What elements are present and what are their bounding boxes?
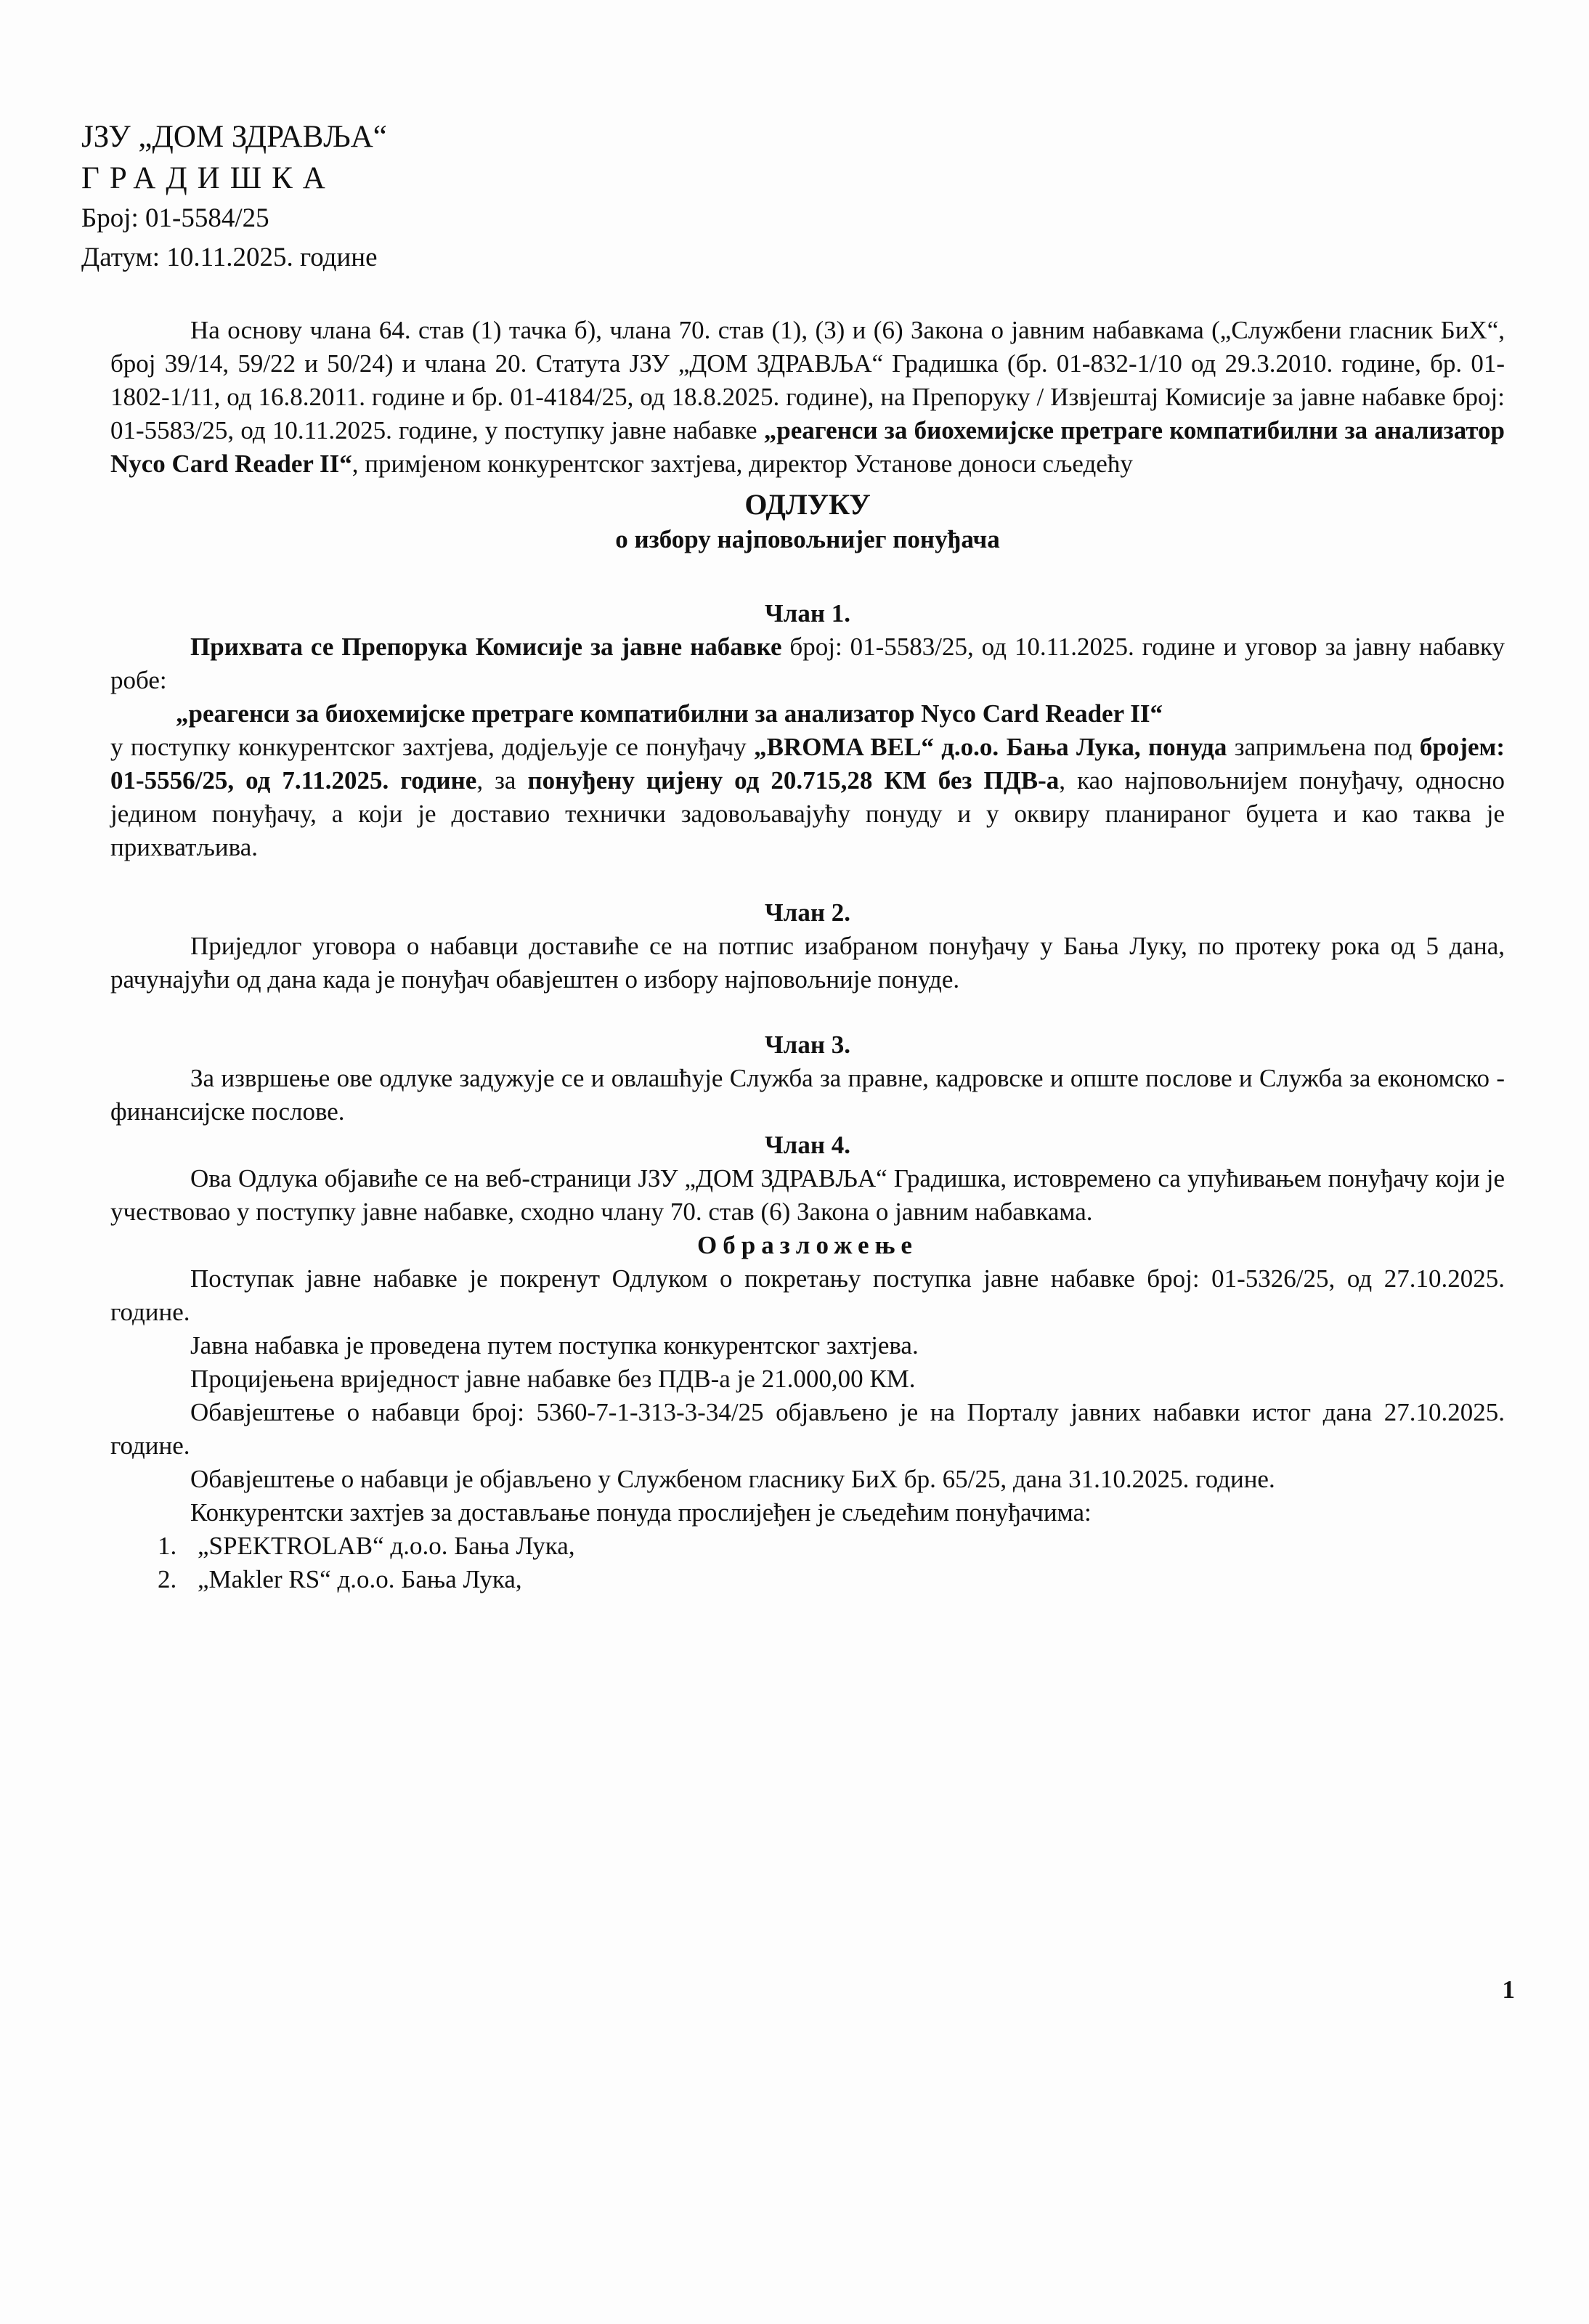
article-1-heading: Члан 1. bbox=[110, 597, 1505, 630]
preamble: На основу члана 64. став (1) тачка б), ч… bbox=[110, 314, 1505, 481]
bidders-list: „SPEKTROLAB“ д.о.о. Бања Лука, „Makler R… bbox=[110, 1529, 1505, 1596]
preamble-text-end: , примјеном конкурентског захтјева, дире… bbox=[352, 450, 1133, 478]
decision-subtitle: о избору најповољнијег понуђача bbox=[110, 523, 1505, 556]
rationale-paragraph: Обавјештење о набавци број: 5360-7-1-313… bbox=[110, 1396, 1505, 1463]
rationale-heading: Образложење bbox=[110, 1229, 1505, 1262]
article-2-heading: Члан 2. bbox=[110, 896, 1505, 930]
article-1-lead-bold: Прихвата се Препорука Комисије за јавне … bbox=[190, 633, 782, 661]
bidder-item: „Makler RS“ д.о.о. Бања Лука, bbox=[183, 1563, 1505, 1596]
rationale-paragraph: Поступак јавне набавке је покренут Одлук… bbox=[110, 1262, 1505, 1329]
rationale-paragraph: Обавјештење о набавци је објављено у Слу… bbox=[110, 1463, 1505, 1496]
rationale-paragraph: Процијењена вриједност јавне набавке без… bbox=[110, 1362, 1505, 1396]
article-2-text: Приједлог уговора о набавци доставиће се… bbox=[110, 930, 1505, 996]
article-3-heading: Члан 3. bbox=[110, 1028, 1505, 1062]
article-4-heading: Члан 4. bbox=[110, 1129, 1505, 1162]
page-number: 1 bbox=[1503, 1975, 1516, 2004]
award-text: , за bbox=[476, 766, 527, 795]
article-1-award: у поступку конкурентског захтјева, додје… bbox=[110, 731, 1505, 864]
offer-price: понуђену цијену од 20.715,28 КМ без ПДВ-… bbox=[528, 766, 1060, 795]
article-3-text: За извршење ове одлуке задужује се и овл… bbox=[110, 1062, 1505, 1129]
award-text: у поступку конкурентског захтјева, додје… bbox=[110, 733, 754, 761]
document-body: На основу члана 64. став (1) тачка б), ч… bbox=[110, 0, 1505, 1596]
award-text: запримљена под bbox=[1227, 733, 1420, 761]
awarded-bidder: „BROMA BEL“ д.о.о. Бања Лука, понуда bbox=[754, 733, 1227, 761]
decision-title: ОДЛУКУ bbox=[110, 488, 1505, 521]
rationale-paragraph: Конкурентски захтјев за достављање понуд… bbox=[110, 1496, 1505, 1529]
rationale-paragraph: Јавна набавка је проведена путем поступк… bbox=[110, 1329, 1505, 1362]
article-4-text: Ова Одлука објавиће се на веб-страници Ј… bbox=[110, 1162, 1505, 1229]
article-1-lead: Прихвата се Препорука Комисије за јавне … bbox=[110, 630, 1505, 697]
article-1-subject: „реагенси за биохемијске претраге компат… bbox=[110, 697, 1505, 731]
document-page: ЈЗУ „ДОМ ЗДРАВЉА“ ГРАДИШКА Број: 01-5584… bbox=[0, 0, 1589, 2324]
bidder-item: „SPEKTROLAB“ д.о.о. Бања Лука, bbox=[183, 1529, 1505, 1563]
